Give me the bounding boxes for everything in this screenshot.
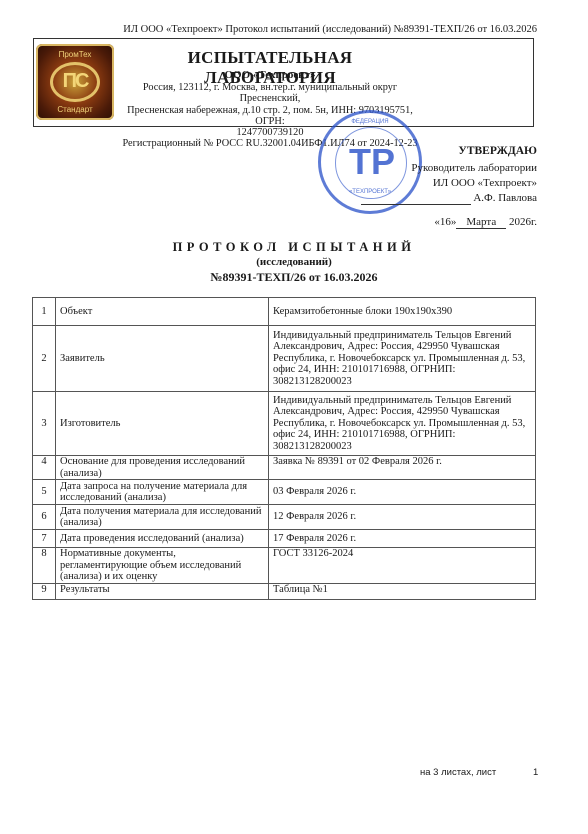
table-row: 9РезультатыТаблица №1 [33, 583, 536, 599]
cell-value: 12 Февраля 2026 г. [269, 505, 536, 530]
cell-label: Дата проведения исследований (анализа) [56, 530, 269, 548]
table-row: 7Дата проведения исследований (анализа)1… [33, 530, 536, 548]
cell-label: Объект [56, 298, 269, 326]
lab-org: ООО «Техпроект» [120, 69, 420, 81]
table-row: 2ЗаявительИндивидуальный предприниматель… [33, 326, 536, 392]
cell-value: Индивидуальный предприниматель Тельцов Е… [269, 392, 536, 456]
cell-label: Дата запроса на получение материала для … [56, 480, 269, 505]
cell-num: 6 [33, 505, 56, 530]
cell-num: 3 [33, 392, 56, 456]
document-subtitle: (исследований) [0, 256, 588, 268]
cell-num: 1 [33, 298, 56, 326]
table-row: 6Дата получения материала для исследован… [33, 505, 536, 530]
table-row: 1ОбъектКерамзитобетонные блоки 190х190х3… [33, 298, 536, 326]
table-row: 8Нормативные документы, регламентирующие… [33, 548, 536, 584]
cell-num: 5 [33, 480, 56, 505]
cell-value: 17 Февраля 2026 г. [269, 530, 536, 548]
cell-label: Основание для проведения исследований (а… [56, 456, 269, 480]
cell-value: Заявка № 89391 от 02 Февраля 2026 г. [269, 456, 536, 480]
logo-top-text: ПромТех [36, 50, 114, 59]
date-month: Марта [456, 216, 506, 229]
approval-signature-line: А.Ф. Павлова [361, 192, 537, 205]
signature-underline [361, 192, 471, 205]
cell-value: 03 Февраля 2026 г. [269, 480, 536, 505]
cell-value: Таблица №1 [269, 583, 536, 599]
cell-num: 2 [33, 326, 56, 392]
cell-value: ГОСТ 33126-2024 [269, 548, 536, 584]
logo-monogram: ПС [36, 70, 114, 93]
cell-num: 4 [33, 456, 56, 480]
lab-logo: ПромТех ПС Стандарт [36, 44, 114, 120]
signatory-name: А.Ф. Павлова [473, 192, 537, 204]
document-number: №89391-ТЕХП/26 от 16.03.2026 [0, 270, 588, 285]
approval-role: Руководитель лаборатории [411, 162, 537, 174]
footer-page-count: на 3 листах, лист [420, 767, 496, 778]
stamp-logo-icon: ТР [349, 139, 395, 185]
address-line: Россия, 123112, г. Москва, вн.тер.г. мун… [120, 82, 420, 105]
running-header: ИЛ ООО «Техпроект» Протокол испытаний (и… [0, 24, 537, 35]
stamp-top-text: ФЕДЕРАЦИЯ [321, 119, 419, 125]
date-year: 2026г. [509, 216, 537, 228]
footer-sheet-number: 1 [533, 767, 538, 778]
cell-label: Результаты [56, 583, 269, 599]
cell-num: 8 [33, 548, 56, 584]
approval-date: «16»Марта 2026г. [434, 216, 537, 229]
cell-num: 9 [33, 583, 56, 599]
protocol-info-table: 1ОбъектКерамзитобетонные блоки 190х190х3… [32, 297, 536, 600]
cell-label: Нормативные документы, регламентирующие … [56, 548, 269, 584]
cell-label: Дата получения материала для исследовани… [56, 505, 269, 530]
cell-label: Изготовитель [56, 392, 269, 456]
cell-value: Индивидуальный предприниматель Тельцов Е… [269, 326, 536, 392]
cell-label: Заявитель [56, 326, 269, 392]
table-row: 5Дата запроса на получение материала для… [33, 480, 536, 505]
approval-org: ИЛ ООО «Техпроект» [433, 177, 537, 189]
document-title: ПРОТОКОЛ ИСПЫТАНИЙ [0, 240, 588, 255]
logo-bottom-text: Стандарт [36, 105, 114, 114]
cell-num: 7 [33, 530, 56, 548]
date-day: «16» [434, 216, 456, 228]
approval-title: УТВЕРЖДАЮ [458, 145, 537, 157]
table-row: 3ИзготовительИндивидуальный предпринимат… [33, 392, 536, 456]
table-row: 4Основание для проведения исследований (… [33, 456, 536, 480]
cell-value: Керамзитобетонные блоки 190х190х390 [269, 298, 536, 326]
